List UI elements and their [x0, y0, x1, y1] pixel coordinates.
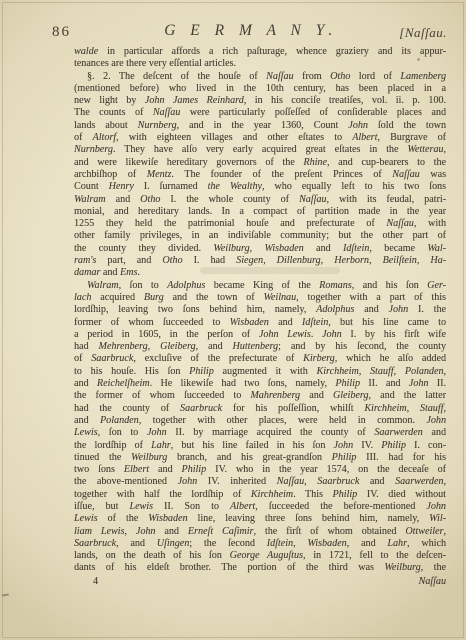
text: the above-mentioned — [74, 476, 178, 487]
italic-text: Saarbruck — [180, 403, 222, 414]
italic-text: Polanden — [100, 415, 139, 426]
text: and — [269, 317, 302, 328]
text: of the — [98, 513, 149, 524]
italic-text: damar — [74, 267, 100, 278]
italic-text: Altorf — [93, 132, 117, 143]
running-section-label: [Naſſau. — [399, 25, 447, 41]
italic-text: Kirberg — [303, 353, 335, 364]
text: II. and — [360, 378, 409, 389]
text: , — [394, 366, 405, 377]
text: and — [106, 194, 141, 205]
book-page: 86 G E R M A N Y. [Naſſau. walde in part… — [0, 0, 466, 640]
text: and — [74, 415, 100, 426]
text: monial, and hereditary lands. In a compa… — [74, 206, 446, 217]
text: and — [423, 427, 446, 438]
italic-text: Philip — [381, 440, 406, 451]
text-line: the county they divided. Weilburg, Wisba… — [74, 243, 446, 255]
text: and the town of — [164, 292, 264, 303]
text-line: dants of his eldeſt brother. The portion… — [74, 562, 446, 574]
italic-text: John — [147, 427, 167, 438]
italic-text: Wetterau — [407, 144, 443, 155]
text: , but his line failed in his ſon — [171, 440, 334, 451]
text: , — [321, 255, 335, 266]
italic-text: George Auguſtus — [230, 550, 303, 561]
text: acquired — [91, 292, 143, 303]
text: IV. died without — [357, 489, 446, 500]
italic-text: John Lewis — [259, 329, 311, 340]
italic-text: Saarbruck — [317, 476, 359, 487]
text: lands about — [74, 120, 138, 131]
text-line: lands, on the death of his ſon George Au… — [74, 550, 446, 562]
text: had — [74, 341, 98, 352]
text: IV. — [353, 440, 381, 451]
text: line, leaving three ſons behind him, nam… — [188, 513, 430, 524]
italic-text: Ems — [120, 267, 137, 278]
text: new light by — [74, 95, 145, 106]
text-line: monial, and hereditary lands. In a compa… — [74, 206, 446, 218]
italic-text: Rhine — [303, 157, 327, 168]
text-line: of Altorf, with eighteen villages and ot… — [74, 132, 446, 144]
text-line: §. 2. The deſcent of the houſe of Naſſau… — [74, 71, 446, 83]
italic-text: Wisbaden — [148, 513, 187, 524]
text: of — [74, 353, 91, 364]
text-line: Saarbruck, and Uſingen; the ſecond Idſte… — [74, 538, 446, 550]
italic-text: Philip — [335, 378, 360, 389]
text: , in 1721, fell to the deſcen- — [303, 550, 446, 561]
text: , ſucceeded the before-mentioned — [255, 501, 426, 512]
text-line: The counts of Naſſau were particularly p… — [74, 107, 446, 119]
italic-text: Kirchheim — [251, 489, 293, 500]
text: I. ſurnamed — [134, 181, 208, 192]
italic-text: Elbert — [124, 464, 149, 475]
text: augmented it with — [214, 366, 317, 377]
text: , — [293, 538, 307, 549]
italic-text: Romans — [319, 280, 352, 291]
text-line: former of whom ſucceeded to Wisbaden and… — [74, 317, 446, 329]
italic-text: Stauff — [370, 366, 394, 377]
italic-text: Gleiberg — [160, 341, 196, 352]
text: , — [443, 144, 446, 155]
italic-text: Wisbaden — [264, 243, 303, 254]
italic-text: Wil- — [429, 513, 446, 524]
text: , with — [414, 218, 446, 229]
italic-text: Lewis — [74, 427, 98, 438]
text: . This — [293, 489, 332, 500]
text: I. the whole county of — [160, 194, 299, 205]
text: III. had for his — [356, 452, 446, 463]
text: , became — [369, 243, 427, 254]
italic-text: Saarbruck — [74, 538, 116, 549]
italic-text: Lewis — [74, 513, 98, 524]
text: , — [359, 366, 370, 377]
text: I. con- — [406, 440, 446, 451]
text-line: had Mehrenberg, Gleiberg, and Huttenberg… — [74, 341, 446, 353]
text: lordſhip, leaving two ſons behind him, n… — [74, 304, 316, 315]
italic-text: John — [322, 329, 342, 340]
text-line: two ſons Elbert and Philip IV. who in th… — [74, 464, 446, 476]
text: , and — [116, 538, 157, 549]
italic-text: Wisbaden — [230, 317, 269, 328]
text: . He likewiſe had two ſons, namely, — [150, 378, 336, 389]
text: , and the latter — [368, 390, 446, 401]
italic-text: liam Lewis — [74, 526, 124, 537]
text-line: had the county of Saarbruck for his poſſ… — [74, 403, 446, 415]
text: , — [443, 476, 446, 487]
text: The counts of — [74, 107, 153, 118]
text: , — [124, 526, 135, 537]
text-line: Nurnberg. They have alſo very early acqu… — [74, 144, 446, 156]
text-line: other family privileges, in an indiviſab… — [74, 230, 446, 242]
italic-text: Otho — [162, 255, 182, 266]
text: archbiſhop of — [74, 169, 147, 180]
text: (mentioned before) who lived in the 10th… — [74, 83, 446, 94]
catchword: Naſſau — [419, 576, 446, 588]
italic-text: Huttenberg — [233, 341, 279, 352]
italic-text: Kirchheim — [317, 366, 359, 377]
italic-text: Weilburg — [213, 243, 249, 254]
italic-text: Henry — [109, 181, 134, 192]
text: tenances are there very eſſential articl… — [74, 58, 236, 69]
text: was — [420, 169, 446, 180]
text: §. 2. The deſcent of the houſe of — [87, 71, 266, 82]
text-line: 1255 they held the patrimonial houſe and… — [74, 218, 446, 230]
text-line: Walram, ſon to Adolphus became King of t… — [74, 280, 446, 292]
italic-text: Adolphus — [316, 304, 354, 315]
italic-text: Erneſt Caſimir — [188, 526, 254, 537]
italic-text: Reichelſheim — [97, 378, 150, 389]
text: iſſue, but — [74, 501, 129, 512]
italic-text: Mahrenberg — [250, 390, 300, 401]
italic-text: Walram — [87, 280, 119, 291]
text-line: (mentioned before) who lived in the 10th… — [74, 83, 446, 95]
text: a period in 1605, in the perſon of — [74, 329, 259, 340]
text-line: the former of whom ſucceeded to Mahrenbe… — [74, 390, 446, 402]
text: , and cup-bearers to the — [327, 157, 446, 168]
text-line: Lewis of the Wisbaden line, leaving thre… — [74, 513, 446, 525]
ink-dot — [417, 58, 420, 61]
italic-text: lach — [74, 292, 91, 303]
text: , with eighteen villages and other eſtat… — [116, 132, 352, 143]
italic-text: Siegen — [236, 255, 263, 266]
body-text-block: walde in particular affords a rich paſtu… — [74, 46, 446, 575]
text: , but his line came to — [328, 317, 446, 328]
text: , — [417, 255, 431, 266]
text: together with half the lordſhip of — [74, 489, 251, 500]
italic-text: John — [389, 304, 409, 315]
text-line: lach acquired Burg and the town of Weiln… — [74, 292, 446, 304]
text: . The founder of the preſent Princes of — [171, 169, 392, 180]
text: had the county of — [74, 403, 180, 414]
italic-text: John James Reinhard — [145, 95, 244, 106]
italic-text: Ha- — [430, 255, 446, 266]
italic-text: Dillenburg — [277, 255, 321, 266]
scan-smudge — [200, 267, 340, 274]
italic-text: Naſſau — [386, 218, 413, 229]
text: and — [359, 476, 395, 487]
text: , ſon to — [98, 427, 147, 438]
text: , the — [421, 562, 446, 573]
italic-text: Philip — [332, 452, 357, 463]
italic-text: Otho — [330, 71, 350, 82]
text: and — [100, 267, 120, 278]
italic-text: Polanden — [405, 366, 444, 377]
text: were particularly poſſeſſed of conſidera… — [180, 107, 446, 118]
text: . — [311, 329, 322, 340]
text: , in his conciſe treatiſes, vol. ii. p. … — [244, 95, 446, 106]
text: ; the ſecond — [189, 538, 266, 549]
text: became King of the — [205, 280, 319, 291]
text: former of whom ſucceeded to — [74, 317, 230, 328]
italic-text: Saarbruck — [91, 353, 133, 364]
text-line: Count Henry I. ſurnamed the Wealthy, who… — [74, 181, 446, 193]
italic-text: Stauff — [420, 403, 444, 414]
text: branch, and his great-grandſon — [167, 452, 331, 463]
italic-text: Naſſau — [266, 71, 293, 82]
text: , — [369, 255, 383, 266]
text: , together with a part of this — [296, 292, 446, 303]
text: lord of — [350, 71, 400, 82]
text-line: walde in particular affords a rich paſtu… — [74, 46, 446, 58]
text: , — [443, 403, 446, 414]
italic-text: Wisbaden — [307, 538, 346, 549]
text: , which — [407, 538, 446, 549]
italic-text: Idſtein — [302, 317, 328, 328]
text: , — [263, 255, 277, 266]
text: . — [137, 267, 140, 278]
italic-text: John — [426, 501, 446, 512]
text-line: to his houſe. His ſon Philip augmented i… — [74, 366, 446, 378]
italic-text: Albert — [352, 132, 377, 143]
text-line: together with half the lordſhip of Kirch… — [74, 489, 446, 501]
text: II. — [428, 378, 446, 389]
text: . They have alſo very early acquired gre… — [113, 144, 408, 155]
italic-text: Naſſau — [392, 169, 419, 180]
text: II. by marriage acquired the county of — [167, 427, 375, 438]
italic-text: walde — [74, 46, 98, 57]
text: tinued the — [74, 452, 131, 463]
text: ſold the town — [368, 120, 446, 131]
italic-text: Philip — [333, 489, 358, 500]
italic-text: Burg — [144, 292, 164, 303]
italic-text: John — [136, 526, 156, 537]
italic-text: Mentz — [147, 169, 172, 180]
italic-text: Beilſtein — [383, 255, 417, 266]
italic-text: John — [426, 415, 446, 426]
text: I. the — [408, 304, 446, 315]
text: IV. who in the year 1574, on the deceaſe… — [206, 464, 446, 475]
italic-text: John — [178, 476, 198, 487]
text: , — [443, 526, 446, 537]
text: , and his ſon — [352, 280, 427, 291]
text: , who equally left to his two ſons — [262, 181, 446, 192]
text: of — [74, 132, 93, 143]
text: and — [149, 464, 181, 475]
page-footer: 4 Naſſau — [74, 576, 446, 589]
text: , — [250, 243, 265, 254]
italic-text: Ger- — [427, 280, 446, 291]
italic-text: Uſingen — [157, 538, 190, 549]
text-line: lordſhip, leaving two ſons behind him, n… — [74, 304, 446, 316]
text: , excluſive of the prefecturate of — [133, 353, 303, 364]
text: I. had — [183, 255, 237, 266]
text: dants of his eldeſt brother. The portion… — [74, 562, 384, 573]
text: the county they divided. — [74, 243, 213, 254]
text: from — [294, 71, 331, 82]
text-line: of Saarbruck, excluſive of the prefectur… — [74, 353, 446, 365]
text-line: archbiſhop of Mentz. The founder of the … — [74, 169, 446, 181]
text: , — [407, 403, 420, 414]
italic-text: Nurnberg — [74, 144, 113, 155]
text: , ſon to — [119, 280, 168, 291]
italic-text: the Wealthy — [208, 181, 262, 192]
italic-text: Kirchheim — [364, 403, 406, 414]
italic-text: John — [334, 440, 354, 451]
text: two ſons — [74, 464, 124, 475]
text: and — [74, 378, 97, 389]
italic-text: John — [409, 378, 429, 389]
text-line: the lordſhip of Lahr, but his line faile… — [74, 440, 446, 452]
text: , together with other places, were held … — [139, 415, 427, 426]
text: , — [444, 366, 447, 377]
text: ; and by his ſecond, the county — [278, 341, 446, 352]
text-line: iſſue, but Lewis II. Son to Albert, ſucc… — [74, 501, 446, 513]
text: , which he alſo added — [335, 353, 446, 364]
text: , and — [347, 538, 388, 549]
italic-text: Naſſau — [299, 194, 326, 205]
text: for his poſſeſſion, whilſt — [222, 403, 364, 414]
scan-artifact — [2, 594, 9, 597]
text-line: Lewis, ſon to John II. by marriage acqui… — [74, 427, 446, 439]
italic-text: Lahr — [151, 440, 171, 451]
text: and — [300, 390, 333, 401]
text: , and — [196, 341, 233, 352]
text-line: tenances are there very eſſential articl… — [74, 58, 446, 70]
text: the former of whom ſucceeded to — [74, 390, 250, 401]
text: Count — [74, 181, 109, 192]
italic-text: Weilnau — [263, 292, 296, 303]
text: and — [354, 304, 388, 315]
text: IV. inherited — [197, 476, 276, 487]
text: in particular affords a rich paſturage, … — [98, 46, 446, 57]
text-line: new light by John James Reinhard, in his… — [74, 95, 446, 107]
text-line: a period in 1605, in the perſon of John … — [74, 329, 446, 341]
text-line: and were likewiſe hereditary governors o… — [74, 157, 446, 169]
text: and — [155, 526, 187, 537]
italic-text: Lahr — [387, 538, 407, 549]
text: I. by his firſt wife — [342, 329, 446, 340]
italic-text: Idſtein — [343, 243, 369, 254]
text: , — [304, 476, 317, 487]
text-line: and Polanden, together with other places… — [74, 415, 446, 427]
italic-text: Weilburg — [131, 452, 167, 463]
italic-text: Saarwerden — [374, 427, 422, 438]
italic-text: Otho — [140, 194, 160, 205]
text: to his houſe. His ſon — [74, 366, 189, 377]
text-line: ram's part, and Otho I. had Siegen, Dill… — [74, 255, 446, 267]
italic-text: Weilburg — [384, 562, 420, 573]
text: 1255 they held the patrimonial houſe and… — [74, 218, 386, 229]
text: , — [148, 341, 160, 352]
italic-text: Philip — [181, 464, 206, 475]
italic-text: Idſtein — [267, 538, 293, 549]
text: part, and — [96, 255, 162, 266]
italic-text: John — [348, 120, 368, 131]
italic-text: Mehrenberg — [98, 341, 147, 352]
text-line: the above-mentioned John IV. inherited N… — [74, 476, 446, 488]
italic-text: Albert — [230, 501, 255, 512]
italic-text: Philip — [189, 366, 214, 377]
text: the lordſhip of — [74, 440, 151, 451]
text-line: lands about Nurnberg, and in the year 13… — [74, 120, 446, 132]
text: , the firſt of whom obtained — [253, 526, 405, 537]
italic-text: Nurnberg — [138, 120, 177, 131]
text: , Burgrave of — [377, 132, 446, 143]
italic-text: Wal- — [427, 243, 446, 254]
italic-text: Lewis — [129, 501, 153, 512]
text: and — [304, 243, 343, 254]
italic-text: Saarwerden — [395, 476, 443, 487]
text: II. Son to — [153, 501, 230, 512]
signature-mark: 4 — [93, 576, 98, 588]
italic-text: ram's — [74, 255, 96, 266]
italic-text: Lamenberg — [400, 71, 446, 82]
text: , and in the year 1360, Count — [177, 120, 349, 131]
italic-text: Walram — [74, 194, 106, 205]
italic-text: Naſſau — [277, 476, 304, 487]
text-line: Walram and Otho I. the whole county of N… — [74, 194, 446, 206]
text: and were likewiſe hereditary governors o… — [74, 157, 303, 168]
text: , with its feudal, patri- — [326, 194, 446, 205]
text: lands, on the death of his ſon — [74, 550, 230, 561]
italic-text: Herborn — [334, 255, 369, 266]
italic-text: Adolphus — [167, 280, 205, 291]
text-line: and Reichelſheim. He likewiſe had two ſo… — [74, 378, 446, 390]
italic-text: Ottweiler — [405, 526, 443, 537]
italic-text: Gleiberg — [333, 390, 369, 401]
italic-text: Naſſau — [153, 107, 180, 118]
text: other family privileges, in an indiviſab… — [74, 230, 446, 241]
text-line: tinued the Weilburg branch, and his grea… — [74, 452, 446, 464]
text-line: liam Lewis, John and Erneſt Caſimir, the… — [74, 526, 446, 538]
